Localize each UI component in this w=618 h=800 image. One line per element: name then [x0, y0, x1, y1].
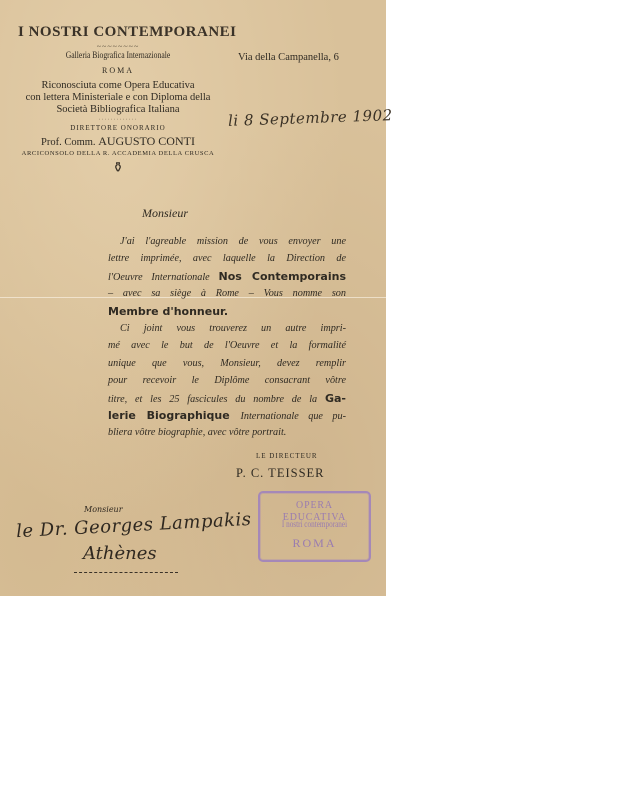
letter-line: Membre d'honneur. [108, 303, 346, 320]
letter-line: J'ai l'agreable mission de vous envoyer … [108, 233, 346, 250]
letter-emphasis-text: Nos Contemporains [219, 270, 346, 283]
letter-line: lerie Biographique Internationale que pu… [108, 407, 346, 424]
letter-text: J'ai l'agreable mission de vous envoyer … [120, 236, 346, 247]
director-role: ARCICONSOLO DELLA R. ACCADEMIA DELLA CRU… [18, 150, 218, 157]
letter-line: mé avec le but de l'Oeuvre et la formali… [108, 337, 346, 354]
recipient-city: Athènes [83, 543, 157, 564]
director-name: AUGUSTO CONTI [98, 134, 195, 148]
letter-emphasis-text: Ga- [325, 392, 346, 405]
signatory-name: P. C. TEISSER [236, 466, 325, 481]
letter-line: titre, et les 25 fascicules du nombre de… [108, 390, 346, 407]
letterhead-city: ROMA [18, 66, 218, 75]
letterhead-address: Via della Campanella, 6 [238, 52, 339, 63]
letter-text: pour recevoir le Diplôme consacrant vôtr… [108, 375, 346, 386]
letter-line: Ci joint vous trouverez un autre impri- [108, 320, 346, 337]
letter-line: l'Oeuvre Internationale Nos Contemporain… [108, 268, 346, 285]
recognition-line-2: con lettera Ministeriale e con Diploma d… [18, 92, 218, 103]
ornament-icon: ⚱ [103, 160, 133, 177]
letter-text: lettre imprimée, avec laquelle la Direct… [108, 253, 346, 264]
stamp-line-3: ROMA [260, 536, 369, 551]
letter-text: titre, et les 25 fascicules du nombre de… [108, 394, 325, 405]
signatory-title: LE DIRECTEUR [256, 452, 318, 460]
letterhead-title: I NOSTRI CONTEMPORANEI [18, 24, 218, 41]
stamp-line-2: I nostri contemporanei [271, 519, 358, 529]
honorary-director-title: DIRETTORE ONORARIO [18, 124, 218, 132]
letter-salutation: Monsieur [142, 206, 188, 221]
letter-page: I NOSTRI CONTEMPORANEI ~~~~~~~~ Galleria… [0, 0, 386, 596]
letter-line: unique que vous, Monsieur, devez remplir [108, 355, 346, 372]
letter-line: – avec sa siège à Rome – Vous nomme son [108, 285, 346, 302]
letter-line: pour recevoir le Diplôme consacrant vôtr… [108, 372, 346, 389]
letter-text: Internationale que pu- [240, 411, 346, 422]
letter-text: bliera vôtre biographie, avec vôtre port… [108, 427, 286, 438]
handwritten-date: li 8 Septembre 1902 [228, 106, 393, 130]
recipient-name: le Dr. Georges Lampakis [16, 509, 252, 542]
letter-text: unique que vous, Monsieur, devez remplir [108, 358, 346, 369]
letter-emphasis-text: lerie Biographique [108, 409, 240, 422]
letter-line: bliera vôtre biographie, avec vôtre port… [108, 424, 346, 441]
recognition-line-1: Riconosciuta come Opera Educativa [18, 80, 218, 91]
letterhead-small-rule: ············· [18, 117, 218, 123]
letter-body: J'ai l'agreable mission de vous envoyer … [108, 233, 346, 442]
handwritten-underline [74, 572, 178, 573]
rubber-stamp: OPERA EDUCATIVA I nostri contemporanei R… [258, 491, 371, 562]
recipient-salutation: Monsieur [84, 505, 123, 514]
letterhead-subtitle: Galleria Biografica Internazionale [33, 50, 203, 60]
letter-emphasis-text: Membre d'honneur. [108, 305, 228, 318]
letter-text: – avec sa siège à Rome – Vous nomme son [108, 288, 346, 299]
recognition-line-3: Società Bibliografica Italiana [18, 104, 218, 115]
honorary-director-name: Prof. Comm. AUGUSTO CONTI [18, 134, 218, 149]
director-prefix: Prof. Comm. [41, 137, 98, 148]
letter-text: l'Oeuvre Internationale [108, 272, 219, 283]
letter-text: mé avec le but de l'Oeuvre et la formali… [108, 340, 346, 351]
letter-line: lettre imprimée, avec laquelle la Direct… [108, 250, 346, 267]
letter-text: Ci joint vous trouverez un autre impri- [120, 323, 346, 334]
